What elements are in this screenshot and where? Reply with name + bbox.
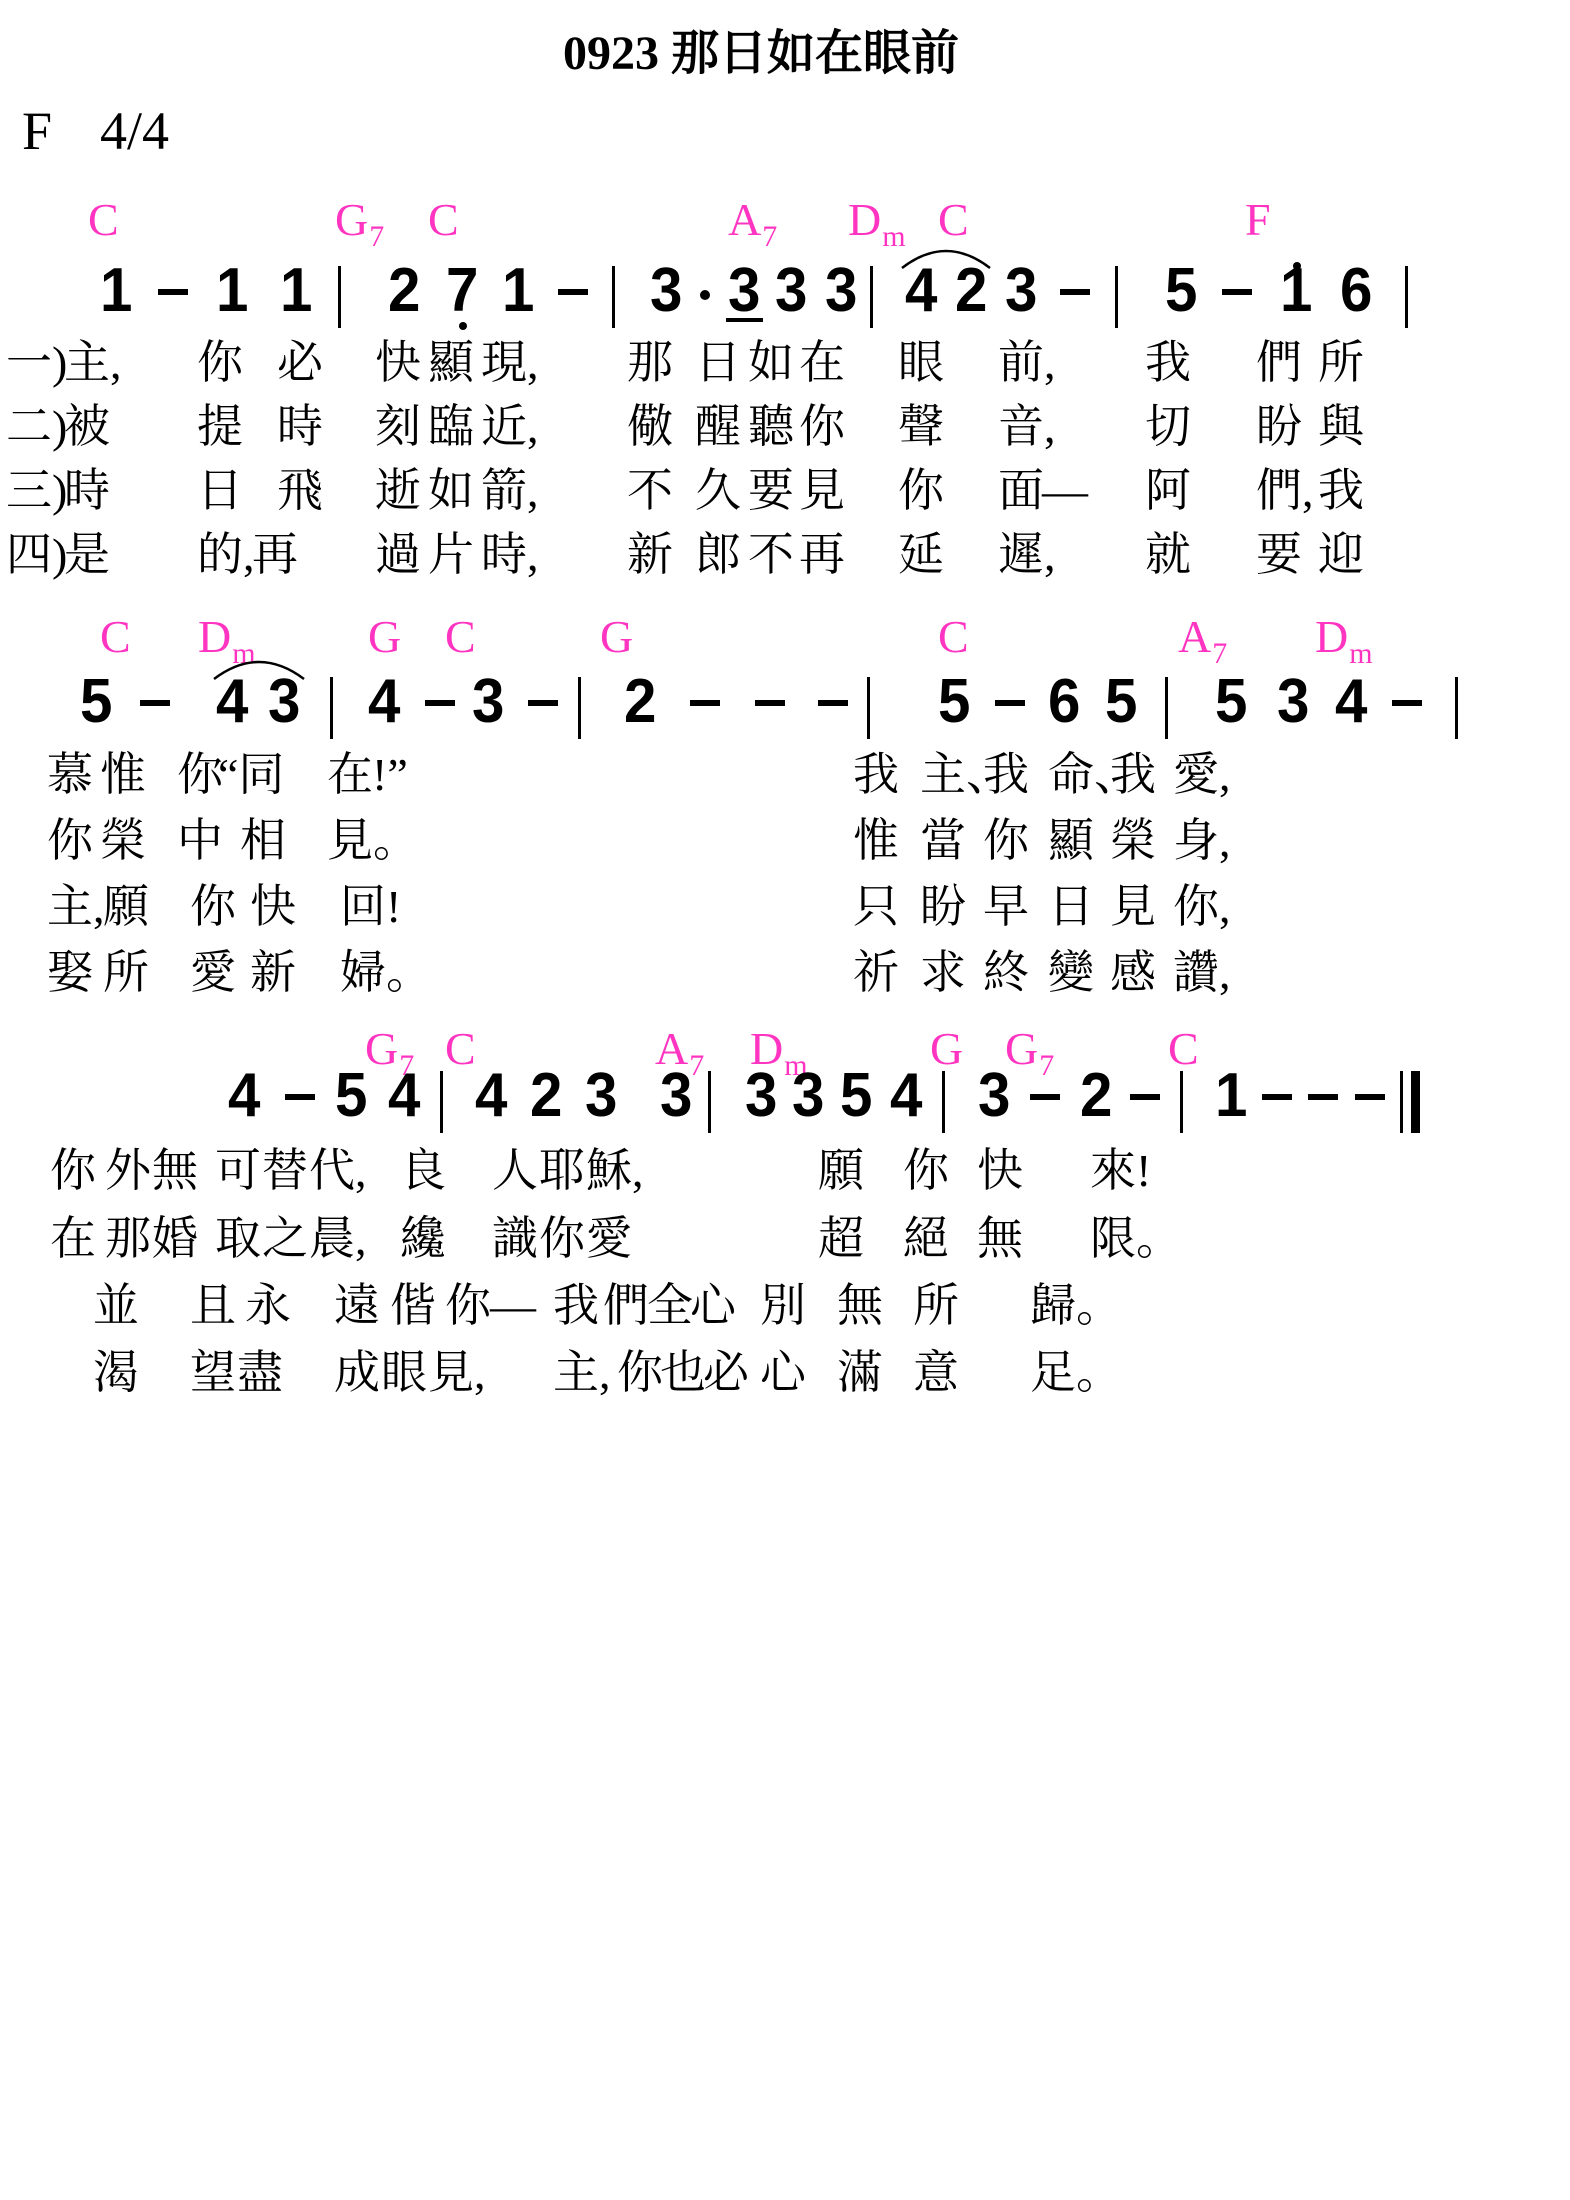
lyric-cell: 人 (492, 1148, 538, 1194)
lyric-cell: 你 (190, 884, 236, 930)
note-digit: 4 (1335, 671, 1367, 733)
lyric-cell: 全 (647, 1283, 693, 1329)
hymn-sheet-page: 0923 那日如在眼前 F4/4 CG7CA7DmCF1112713333423… (0, 0, 1570, 2200)
note-digit: 3 (745, 1065, 777, 1127)
lyric-cell: 當 (920, 818, 966, 864)
lyric-cell: 早 (983, 884, 1029, 930)
note-digit: 3 (660, 1065, 692, 1127)
note-dash (285, 1094, 315, 1100)
note-digit: 1 (502, 260, 534, 322)
lyric-cell: 你 (898, 468, 944, 514)
chord-symbol: G (368, 614, 401, 660)
page-title: 0923 那日如在眼前 (563, 14, 959, 83)
lyric-cell: 回! (340, 884, 401, 930)
lyric-cell: 眼 (898, 340, 944, 386)
lyric-cell: 穌, (586, 1148, 644, 1194)
lyric-cell: 晨, (309, 1216, 367, 1262)
note-digit: 5 (938, 671, 970, 733)
lyric-cell: 提 (197, 404, 243, 450)
barline (942, 1071, 945, 1133)
lyric-cell: 外 (105, 1148, 151, 1194)
barline (1455, 677, 1458, 739)
barline (440, 1071, 443, 1133)
barline (578, 677, 581, 739)
lyric-cell: 終 (983, 950, 1029, 996)
lyric-cell: 快 (977, 1148, 1023, 1194)
note-digit: 2 (624, 671, 656, 733)
lyric-cell: 日 (1048, 884, 1094, 930)
note-dash (755, 700, 785, 706)
lyric-cell: 時 (64, 468, 110, 514)
lyric-cell: 榮 (100, 818, 146, 864)
lyric-cell: 我 (983, 752, 1029, 798)
lyric-cell: “同 (218, 752, 284, 798)
lyric-cell: 聲 (898, 404, 944, 450)
lyric-cell: 音, (998, 404, 1056, 450)
note-digit: 4 (368, 671, 400, 733)
note-digit: 5 (1105, 671, 1137, 733)
lyric-cell: 再 (252, 532, 298, 578)
lyric-cell: 超 (818, 1216, 864, 1262)
note-digit: 6 (1340, 260, 1372, 322)
lyric-cell: 聽 (748, 404, 794, 450)
lyric-cell: 纔 (400, 1216, 446, 1262)
lyric-cell: 榮 (1110, 818, 1156, 864)
lyric-cell: 日 (695, 340, 741, 386)
lyric-cell: 求 (920, 950, 966, 996)
lyric-cell: 片 (428, 532, 474, 578)
lyric-cell: 且 (190, 1283, 236, 1329)
lyric-cell: 新 (627, 532, 673, 578)
note-dash (1222, 289, 1252, 295)
note-digit: 5 (1215, 671, 1247, 733)
lyric-cell: 遲, (998, 532, 1056, 578)
eighth-underline (726, 318, 763, 322)
lyric-cell: 所 (103, 950, 149, 996)
key-letter: F (22, 101, 52, 161)
note-digit: 3 (728, 260, 760, 322)
lyric-cell: 近, (481, 404, 539, 450)
note-digit: 1 (1215, 1065, 1247, 1127)
lyric-cell: 願 (818, 1148, 864, 1194)
note-digit: 1 (100, 260, 132, 322)
barline (1180, 1071, 1183, 1133)
lyric-cell: 心 (690, 1283, 736, 1329)
chord-symbol: G7 (1005, 1026, 1053, 1072)
lyric-cell: 要 (1256, 532, 1302, 578)
lyric-cell: 見 (1110, 884, 1156, 930)
lyric-cell: 婚 (152, 1216, 198, 1262)
lyric-cell: 們 (1256, 340, 1302, 386)
chord-symbol: G7 (335, 197, 383, 243)
lyric-cell: 惟 (853, 818, 899, 864)
lyric-cell: 你 (197, 340, 243, 386)
lyric-cell: 日 (197, 468, 243, 514)
note-dash (1060, 289, 1090, 295)
note-digit: 4 (475, 1065, 507, 1127)
note-digit: 4 (388, 1065, 420, 1127)
barline (1165, 677, 1168, 739)
lyric-cell: 慕 (47, 752, 93, 798)
lyric-cell: 主, (64, 340, 122, 386)
lyric-cell: 身, (1173, 818, 1231, 864)
lyric-cell: 必 (277, 340, 323, 386)
note-digit: 6 (1048, 671, 1080, 733)
note-dash (158, 289, 188, 295)
lyric-cell: 面 (998, 468, 1044, 514)
lyric-cell: 我 (853, 752, 899, 798)
chord-symbol: G (930, 1026, 963, 1072)
lyric-cell: 愛 (190, 950, 236, 996)
lyric-cell: 儆 (627, 404, 673, 450)
chord-symbol: Dm (198, 614, 255, 660)
lyric-cell: 盼 (920, 884, 966, 930)
lyric-cell: 二) (6, 404, 67, 450)
lyric-cell: 過 (375, 532, 421, 578)
lyric-cell: 迎 (1318, 532, 1364, 578)
lyric-cell: 主, (47, 884, 105, 930)
note-digit: 3 (1277, 671, 1309, 733)
lyric-cell: 那 (105, 1216, 151, 1262)
note-dash (558, 289, 588, 295)
lyric-cell: 讚, (1173, 950, 1231, 996)
note-digit: 3 (650, 260, 682, 322)
lyric-cell: 代, (309, 1148, 367, 1194)
lyric-cell: 並 (93, 1283, 139, 1329)
chord-symbol: G (600, 614, 633, 660)
octave-dot-low (459, 322, 467, 330)
lyric-cell: 就 (1145, 532, 1191, 578)
lyric-cell: 之 (262, 1216, 308, 1262)
lyric-cell: 三) (6, 468, 67, 514)
lyric-cell: 滿 (837, 1350, 883, 1396)
chord-symbol: C (445, 614, 476, 660)
lyric-cell: 與 (1318, 404, 1364, 450)
octave-dot-high (1293, 262, 1301, 270)
lyric-cell: 所 (1318, 340, 1364, 386)
lyric-cell: 延 (898, 532, 944, 578)
lyric-cell: 如 (748, 340, 794, 386)
note-dash (690, 700, 720, 706)
lyric-cell: 見, (428, 1350, 486, 1396)
lyric-cell: 惟 (100, 752, 146, 798)
lyric-cell: 變 (1048, 950, 1094, 996)
lyric-cell: 四) (6, 532, 67, 578)
lyric-cell: 的, (197, 532, 255, 578)
chord-symbol: C (428, 197, 459, 243)
chord-symbol: F (1245, 197, 1271, 243)
lyric-cell: 盼 (1256, 404, 1302, 450)
lyric-cell: 足。 (1030, 1350, 1122, 1396)
lyric-cell: 你 (177, 752, 223, 798)
chord-symbol: A7 (728, 197, 776, 243)
lyric-cell: 被 (64, 404, 110, 450)
key-signature: F4/4 (22, 100, 169, 162)
barline (708, 1071, 711, 1133)
lyric-cell: 遠 (334, 1283, 380, 1329)
lyric-cell: 新 (250, 950, 296, 996)
note-dash (1262, 1094, 1292, 1100)
lyric-cell: 那 (627, 340, 673, 386)
lyric-cell: 我 (1145, 340, 1191, 386)
lyric-cell: 郎 (695, 532, 741, 578)
note-digit: 1 (216, 260, 248, 322)
lyric-cell: 切 (1145, 404, 1191, 450)
lyric-cell: 良 (400, 1148, 446, 1194)
lyric-cell: 所 (913, 1283, 959, 1329)
lyric-cell: 你 (47, 818, 93, 864)
note-dash (1130, 1094, 1160, 1100)
lyric-cell: — (490, 1283, 536, 1329)
note-digit: 2 (388, 260, 420, 322)
lyric-cell: 意 (913, 1350, 959, 1396)
lyric-cell: 願 (103, 884, 149, 930)
lyric-cell: 渴 (93, 1350, 139, 1396)
time-signature: 4/4 (100, 101, 169, 161)
lyric-cell: 你 (539, 1216, 585, 1262)
lyric-cell: 相 (240, 818, 286, 864)
augmentation-dot (700, 290, 710, 300)
lyric-cell: 不 (627, 468, 673, 514)
lyric-cell: 你 (445, 1283, 491, 1329)
lyric-cell: 主, (553, 1350, 611, 1396)
lyric-cell: !” (372, 752, 408, 798)
barline (612, 266, 615, 328)
note-digit: 3 (1005, 260, 1037, 322)
lyric-cell: 前, (998, 340, 1056, 386)
lyric-cell: 顯 (1048, 818, 1094, 864)
lyric-cell: 你 (903, 1148, 949, 1194)
note-digit: 3 (792, 1065, 824, 1127)
lyric-cell: 你, (1173, 884, 1231, 930)
lyric-cell: 必 (703, 1350, 749, 1396)
lyric-cell: 在 (799, 340, 845, 386)
lyric-cell: 耶 (539, 1148, 585, 1194)
note-digit: 3 (472, 671, 504, 733)
lyric-cell: 無 (837, 1283, 883, 1329)
lyric-cell: 要 (748, 468, 794, 514)
lyric-cell: 眼 (381, 1350, 427, 1396)
lyric-cell: 時 (277, 404, 323, 450)
lyric-cell: 無 (152, 1148, 198, 1194)
slur-arc (900, 246, 992, 270)
lyric-cell: 不 (748, 532, 794, 578)
lyric-cell: 限。 (1090, 1216, 1182, 1262)
note-digit: 3 (585, 1065, 617, 1127)
chord-symbol: C (100, 614, 131, 660)
chord-symbol: Dm (1315, 614, 1372, 660)
chord-symbol: A7 (1178, 614, 1226, 660)
lyric-cell: 們, (1256, 468, 1314, 514)
lyric-cell: 阿 (1145, 468, 1191, 514)
barline (1115, 266, 1118, 328)
lyric-cell: 你 (50, 1148, 96, 1194)
lyric-cell: 見 (799, 468, 845, 514)
chord-symbol: C (938, 197, 969, 243)
lyric-cell: 在 (50, 1216, 96, 1262)
lyric-cell: 愛, (1173, 752, 1231, 798)
lyric-cell: 歸。 (1030, 1283, 1122, 1329)
lyric-cell: 成 (334, 1350, 380, 1396)
lyric-cell: 替 (262, 1148, 308, 1194)
lyric-cell: 箭, (481, 468, 539, 514)
lyric-cell: 久 (695, 468, 741, 514)
lyric-cell: 們 (603, 1283, 649, 1329)
chord-symbol: C (88, 197, 119, 243)
note-digit: 5 (80, 671, 112, 733)
lyric-cell: 一) (6, 340, 67, 386)
note-dash (1308, 1094, 1338, 1100)
lyric-cell: 可 (215, 1148, 261, 1194)
lyric-cell: 愛 (586, 1216, 632, 1262)
barline (330, 677, 333, 739)
lyric-cell: 別 (760, 1283, 806, 1329)
note-digit: 2 (530, 1065, 562, 1127)
lyric-cell: 來! (1090, 1148, 1151, 1194)
chord-symbol: C (1168, 1026, 1199, 1072)
lyric-cell: 祈 (853, 950, 899, 996)
lyric-cell: 感 (1110, 950, 1156, 996)
note-dash (140, 700, 170, 706)
lyric-cell: 我 (553, 1283, 599, 1329)
lyric-cell: 也 (660, 1350, 706, 1396)
note-digit: 3 (775, 260, 807, 322)
lyric-cell: 望 (190, 1350, 236, 1396)
lyric-cell: 快 (250, 884, 296, 930)
lyric-cell: 婦。 (340, 950, 432, 996)
lyric-cell: 娶 (47, 950, 93, 996)
lyric-cell: 刻 (375, 404, 421, 450)
lyric-cell: 在 (327, 752, 373, 798)
lyric-cell: 絕 (903, 1216, 949, 1262)
chord-symbol: Dm (848, 197, 905, 243)
note-digit: 5 (840, 1065, 872, 1127)
lyric-cell: 永 (245, 1283, 291, 1329)
lyric-cell: 如 (428, 468, 474, 514)
note-dash (1355, 1094, 1385, 1100)
note-digit: 4 (228, 1065, 260, 1127)
chord-symbol: C (938, 614, 969, 660)
lyric-cell: 盡 (237, 1350, 283, 1396)
lyric-cell: 偕 (390, 1283, 436, 1329)
note-digit: 7 (446, 260, 478, 322)
lyric-cell: 取 (215, 1216, 261, 1262)
note-dash (528, 700, 558, 706)
lyric-cell: 逝 (375, 468, 421, 514)
lyric-cell: 再 (799, 532, 845, 578)
lyric-cell: 我 (1110, 752, 1156, 798)
note-dash (1030, 1094, 1060, 1100)
lyric-cell: 臨 (428, 404, 474, 450)
note-digit: 5 (335, 1065, 367, 1127)
lyric-cell: 我 (1318, 468, 1364, 514)
note-dash (995, 700, 1025, 706)
note-digit: 1 (280, 260, 312, 322)
lyric-cell: 心 (760, 1350, 806, 1396)
note-dash (425, 700, 455, 706)
lyric-cell: 中 (177, 818, 223, 864)
lyric-cell: 識 (492, 1216, 538, 1262)
lyric-cell: 快 (375, 340, 421, 386)
note-digit: 3 (978, 1065, 1010, 1127)
final-barline-thin (1400, 1071, 1403, 1133)
lyric-cell: 飛 (277, 468, 323, 514)
barline (870, 266, 873, 328)
note-digit: 4 (890, 1065, 922, 1127)
lyric-cell: 只 (853, 884, 899, 930)
slur-arc (212, 657, 306, 681)
lyric-cell: 見。 (327, 818, 419, 864)
note-digit: 2 (1080, 1065, 1112, 1127)
lyric-cell: — (1042, 468, 1088, 514)
note-dash (1392, 700, 1422, 706)
chord-symbol: C (445, 1026, 476, 1072)
lyric-cell: 是 (64, 532, 110, 578)
barline (1405, 266, 1408, 328)
lyric-cell: 無 (977, 1216, 1023, 1262)
lyric-cell: 你 (983, 818, 1029, 864)
lyric-cell: 你 (799, 404, 845, 450)
lyric-cell: 時, (481, 532, 539, 578)
final-barline-thick (1411, 1071, 1420, 1133)
lyric-cell: 你 (617, 1350, 663, 1396)
lyric-cell: 現, (481, 340, 539, 386)
lyric-cell: 醒 (695, 404, 741, 450)
note-dash (818, 700, 848, 706)
note-digit: 3 (825, 260, 857, 322)
barline (338, 266, 341, 328)
note-digit: 5 (1165, 260, 1197, 322)
lyric-cell: 顯 (428, 340, 474, 386)
barline (867, 677, 870, 739)
